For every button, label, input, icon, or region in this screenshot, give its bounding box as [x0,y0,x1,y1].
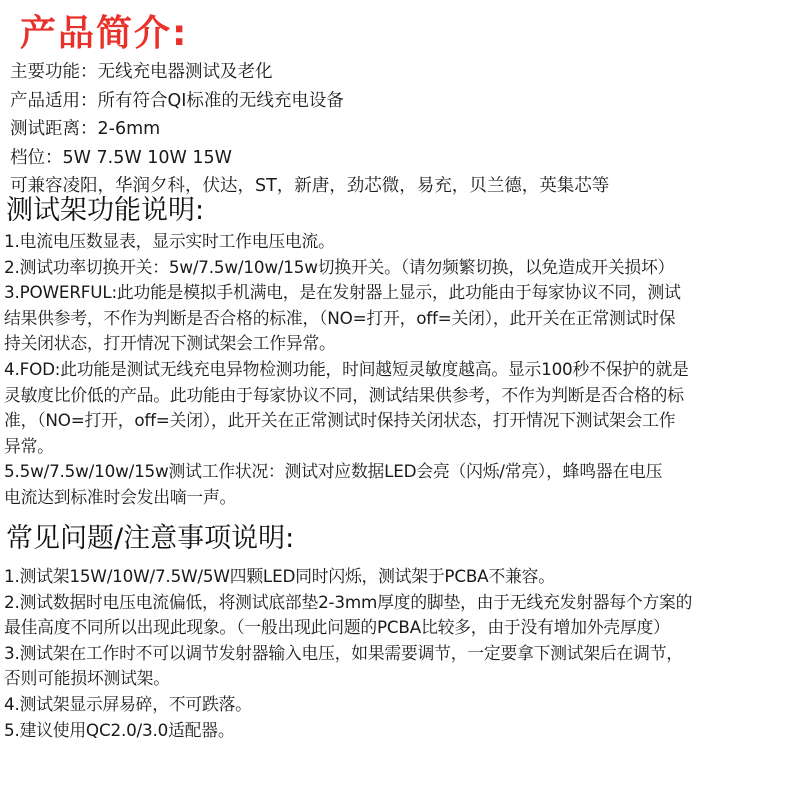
product-intro-block: 主要功能：无线充电器测试及老化 产品适用：所有符合QI标准的无线充电设备 测试距… [10,58,609,201]
faq-list: 1.测试架15W/10W/7.5W/5W四颗LED同时闪烁，测试架于PCBA不兼… [4,564,798,743]
product-intro-title: 产品简介: [20,12,188,56]
functions-line: 电流达到标准时会发出嘀一声。 [4,485,798,511]
intro-applicable-products: 产品适用：所有符合QI标准的无线充电设备 [10,87,609,116]
functions-heading: 测试架功能说明: [6,193,204,229]
intro-test-distance: 测试距离：2-6mm [10,115,609,144]
functions-line: 持关闭状态，打开情况下测试架会工作异常。 [4,331,798,357]
faq-line: 否则可能损坏测试架。 [4,666,798,692]
functions-line: 准，（NO=打开，off=关闭），此开关在正常测试时保持关闭状态，打开情况下测试… [4,408,798,434]
faq-line: 3.测试架在工作时不可以调节发射器输入电压，如果需要调节，一定要拿下测试架后在调… [4,641,798,667]
functions-line: 异常。 [4,434,798,460]
functions-line: 结果供参考，不作为判断是否合格的标准，（NO=打开，off=关闭），此开关在正常… [4,306,798,332]
intro-main-function: 主要功能：无线充电器测试及老化 [10,58,609,87]
functions-line: 4.FOD:此功能是测试无线充电异物检测功能，时间越短灵敏度越高。显示100秒不… [4,357,798,383]
intro-power-levels: 档位：5W 7.5W 10W 15W [10,144,609,173]
functions-line: 1.电流电压数显表，显示实时工作电压电流。 [4,229,798,255]
faq-line: 2.测试数据时电压电流偏低，将测试底部垫2-3mm厚度的脚垫，由于无线充发射器每… [4,590,798,616]
functions-line: 3.POWERFUL:此功能是模拟手机满电，是在发射器上显示，此功能由于每家协议… [4,280,798,306]
faq-line: 4.测试架显示屏易碎，不可跌落。 [4,692,798,718]
functions-line: 灵敏度比价低的产品。此功能由于每家协议不同，测试结果供参考，不作为判断是否合格的… [4,383,798,409]
faq-line: 最佳高度不同所以出现此现象。（一般出现此问题的PCBA比较多，由于没有增加外壳厚… [4,615,798,641]
faq-heading: 常见问题/注意事项说明: [6,521,294,557]
functions-list: 1.电流电压数显表，显示实时工作电压电流。 2.测试功率切换开关：5w/7.5w… [4,229,798,511]
faq-line: 5.建议使用QC2.0/3.0适配器。 [4,718,798,744]
faq-line: 1.测试架15W/10W/7.5W/5W四颗LED同时闪烁，测试架于PCBA不兼… [4,564,798,590]
functions-line: 5.5w/7.5w/10w/15w测试工作状况：测试对应数据LED会亮（闪烁/常… [4,459,798,485]
functions-line: 2.测试功率切换开关：5w/7.5w/10w/15w切换开关。（请勿频繁切换，以… [4,255,798,281]
